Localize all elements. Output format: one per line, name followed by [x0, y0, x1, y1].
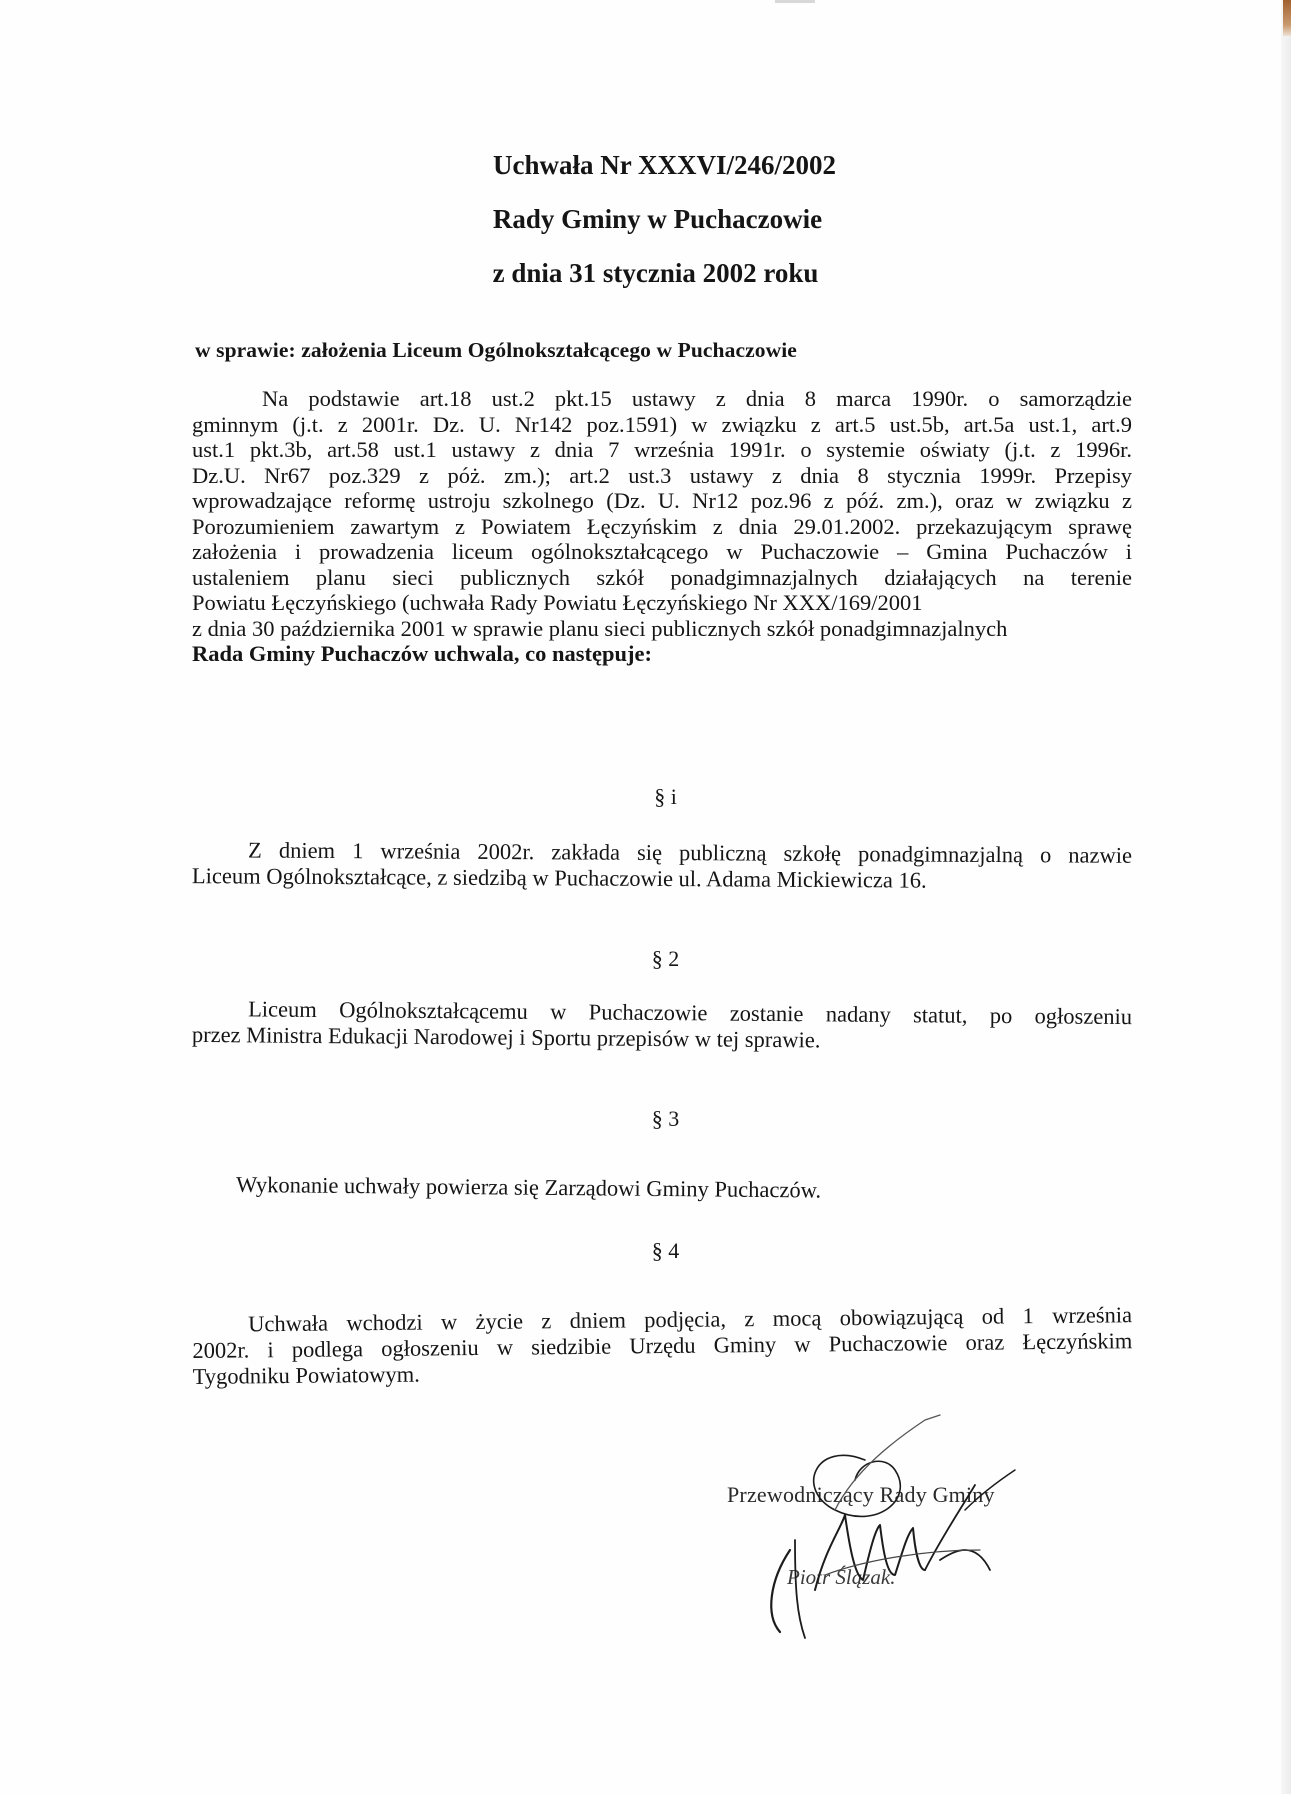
enactment-clause: Rada Gminy Puchaczów uchwala, co następu…	[192, 641, 1132, 667]
paragraph-3-text: Wykonanie uchwały powierza się Zarządowi…	[192, 1171, 1132, 1206]
paragraph-2-mark: § 2	[0, 946, 1291, 972]
paragraph-1-mark: § i	[0, 784, 1291, 810]
preamble-line: Dz.U. Nr67 poz.329 z póż. zm.); art.2 us…	[192, 463, 1132, 489]
scanned-document-page: Uchwała Nr XXXVI/246/2002 Rady Gminy w P…	[0, 0, 1291, 1794]
paragraph-4-mark: § 4	[0, 1238, 1291, 1264]
paragraph-4-text: Uchwała wchodzi w życie z dniem podjęcia…	[192, 1302, 1133, 1390]
paragraph-line: Wykonanie uchwały powierza się Zarządowi…	[192, 1171, 1132, 1206]
handwritten-signature-icon	[725, 1400, 1085, 1640]
preamble-line: wprowadzające reformę ustroju szkolnego …	[192, 488, 1132, 514]
signature-block: Przewodniczący Rady Gminy Piotr Ślązak.	[725, 1400, 1085, 1640]
paragraph-1-text: Z dniem 1 września 2002r. zakłada się pu…	[192, 837, 1132, 895]
paragraph-2-text: Liceum Ogólnokształcącemu w Puchaczowie …	[192, 996, 1132, 1056]
preamble-line: ustaleniem planu sieci publicznych szkół…	[192, 565, 1132, 591]
legal-basis-preamble: Na podstawie art.18 ust.2 pkt.15 ustawy …	[192, 386, 1132, 667]
resolution-header: Uchwała Nr XXXVI/246/2002 Rady Gminy w P…	[0, 138, 1291, 300]
scan-artifact-mark	[775, 0, 815, 3]
issuing-body: Rady Gminy w Puchaczowie	[4, 192, 1291, 246]
preamble-line: gminnym (j.t. z 2001r. Dz. U. Nr142 poz.…	[192, 412, 1132, 438]
resolution-number: Uchwała Nr XXXVI/246/2002	[18, 138, 1291, 192]
preamble-line: założenia i prowadzenia liceum ogólnoksz…	[192, 539, 1132, 565]
paragraph-3-mark: § 3	[0, 1106, 1291, 1132]
preamble-line: Porozumieniem zawartym z Powiatem Łęczyń…	[192, 514, 1132, 540]
preamble-line: Powiatu Łęczyńskiego (uchwała Rady Powia…	[192, 590, 1132, 616]
resolution-date: z dnia 31 stycznia 2002 roku	[0, 246, 1291, 300]
resolution-subject: w sprawie: założenia Liceum Ogólnokształ…	[195, 338, 797, 363]
preamble-line: ust.1 pkt.3b, art.58 ust.1 ustawy z dnia…	[192, 437, 1132, 463]
page-edge-stain	[1283, 0, 1291, 36]
preamble-line: z dnia 30 października 2001 w sprawie pl…	[192, 616, 1132, 642]
preamble-line: Na podstawie art.18 ust.2 pkt.15 ustawy …	[192, 386, 1132, 412]
